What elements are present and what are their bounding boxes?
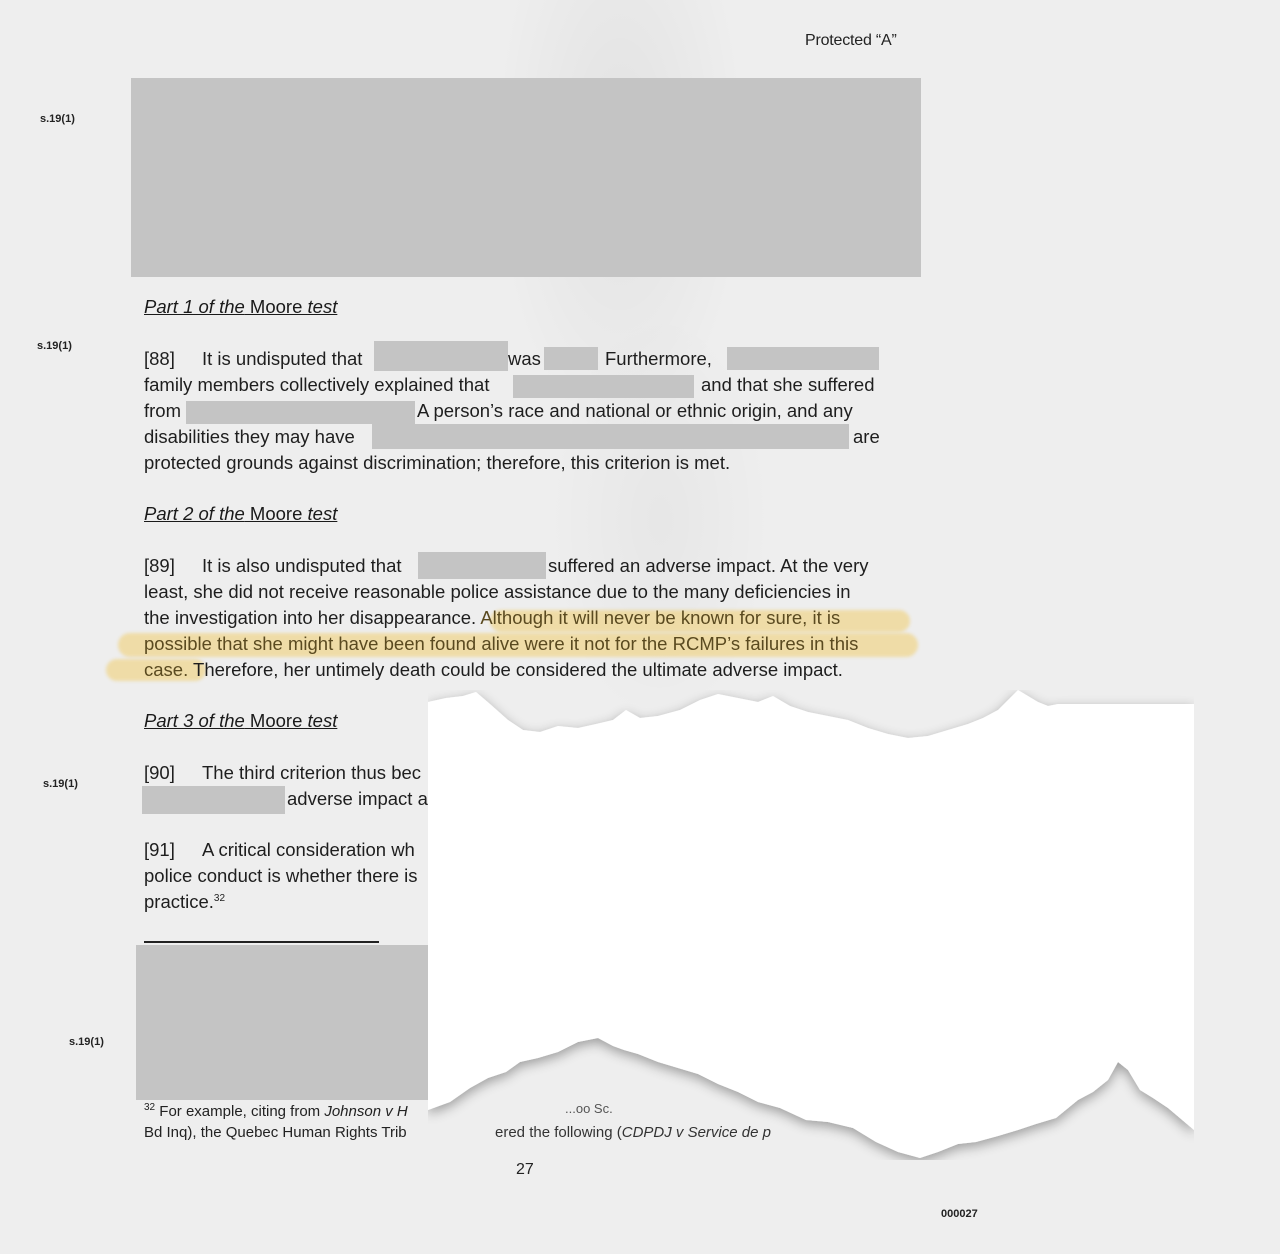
exemption-label: s.19(1) <box>69 1036 104 1048</box>
text: A person’s race and national or ethnic o… <box>417 400 853 422</box>
highlighted-text: possible that she might have been found … <box>144 633 858 655</box>
text: A critical consideration wh <box>202 839 415 861</box>
text: It is undisputed that <box>202 348 362 370</box>
para-number: [90] <box>144 762 175 784</box>
redaction-block <box>131 78 921 277</box>
redaction <box>418 552 546 579</box>
redaction <box>544 347 598 370</box>
footnote-text: 32 For example, citing from Johnson v H <box>144 1102 408 1120</box>
torn-paper-overlay <box>428 690 1194 1160</box>
text: practice.32 <box>144 891 225 913</box>
section-heading-part3: Part 3 of the Moore test <box>144 710 337 732</box>
classification-label: Protected “A” <box>805 32 897 50</box>
text: suffered an adverse impact. At the very <box>548 555 869 577</box>
text: It is also undisputed that <box>202 555 402 577</box>
exemption-label: s.19(1) <box>40 113 75 125</box>
text: protected grounds against discrimination… <box>144 452 730 474</box>
text: case. Therefore, her untimely death coul… <box>144 659 843 681</box>
text: from <box>144 400 181 422</box>
text: Furthermore, <box>605 348 712 370</box>
text: adverse impact a <box>287 788 428 810</box>
text: family members collectively explained th… <box>144 374 489 396</box>
section-heading-part1: Part 1 of the Moore test <box>144 296 337 318</box>
text: The third criterion thus bec <box>202 762 421 784</box>
redaction-block <box>136 945 436 1100</box>
footnote-ref[interactable]: 32 <box>214 893 225 904</box>
text: least, she did not receive reasonable po… <box>144 581 851 603</box>
text: are <box>853 426 880 448</box>
text: and that she suffered <box>701 374 874 396</box>
footnote-divider <box>144 941 379 943</box>
text: disabilities they may have <box>144 426 355 448</box>
redaction <box>372 424 849 449</box>
section-heading-part2: Part 2 of the Moore test <box>144 503 337 525</box>
para-number: [88] <box>144 348 175 370</box>
exemption-label: s.19(1) <box>37 340 72 352</box>
redaction <box>186 401 415 424</box>
redaction <box>727 347 879 370</box>
document-id: 000027 <box>941 1208 978 1220</box>
redaction <box>142 786 285 814</box>
text: the investigation into her disappearance… <box>144 607 840 629</box>
redaction <box>374 341 508 371</box>
text: police conduct is whether there is <box>144 865 418 887</box>
exemption-label: s.19(1) <box>43 778 78 790</box>
para-number: [89] <box>144 555 175 577</box>
redaction <box>513 375 694 398</box>
page-number: 27 <box>516 1161 534 1179</box>
text: was <box>508 348 541 370</box>
para-number: [91] <box>144 839 175 861</box>
footnote-text: Bd Inq), the Quebec Human Rights Trib <box>144 1124 407 1141</box>
